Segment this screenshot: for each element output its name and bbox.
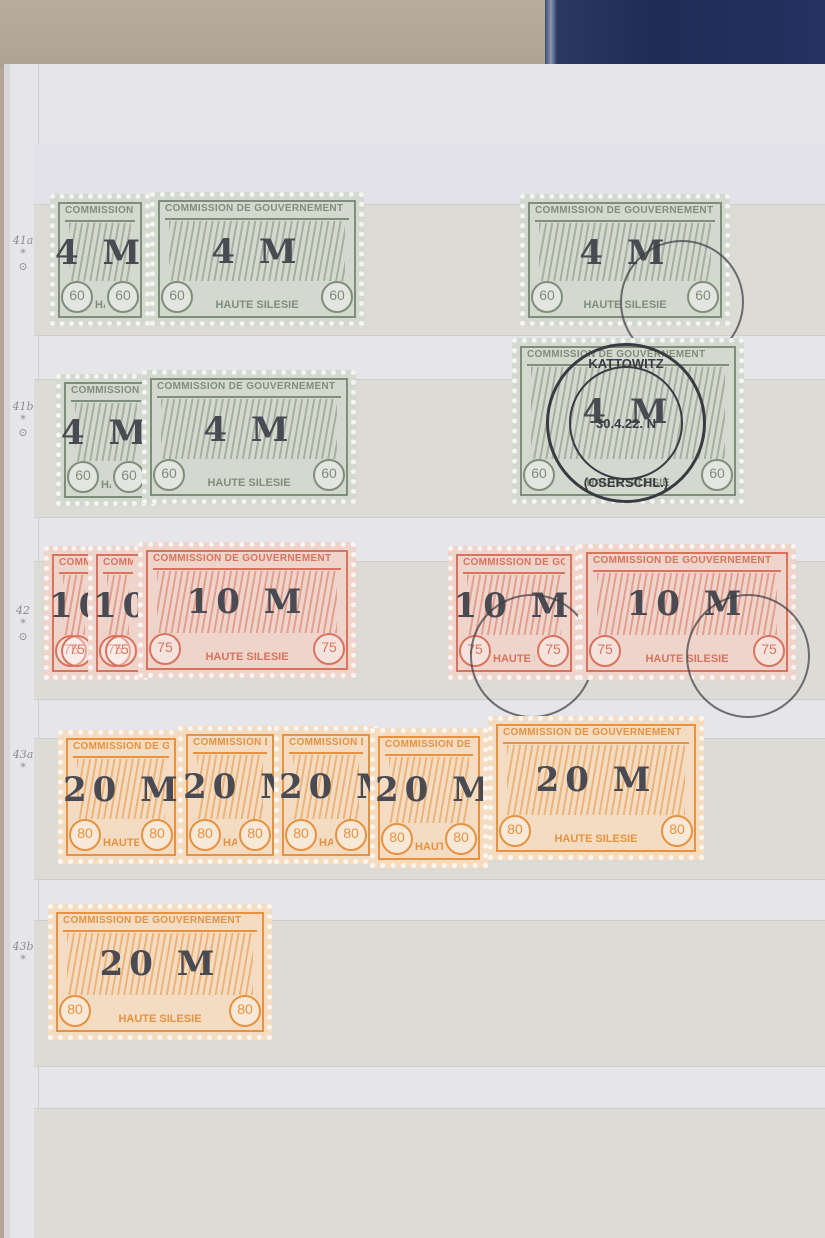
surcharge-overprint: 4 M	[147, 410, 351, 450]
stamp-banner: COMMISSION DE GOUVERNEMENT	[153, 553, 341, 570]
pencil-note: 43b *	[10, 940, 36, 966]
stamp-banner: COMMISSION DE GOUVERNEMENT	[103, 557, 133, 574]
stamp-banner: COMMISSION DE GOUVERNEMENT	[535, 205, 715, 222]
value-tablet-left: 80	[69, 819, 101, 851]
stamp-banner: COMMISSION DE GOUVERNEMENT	[385, 739, 473, 756]
stamp: COMMISSION DE GOUVERNEMENT6060HAUTE SILE…	[150, 192, 364, 326]
surcharge-overprint: 20 M	[375, 770, 483, 810]
value-tablet-right: 80	[239, 819, 271, 851]
used-mark: ⊙	[10, 260, 36, 273]
stamp-banner: COMMISSION DE GOUVERNEMENT	[289, 737, 363, 754]
used-mark: ⊙	[10, 630, 36, 643]
glassine-pocket-6	[34, 1108, 825, 1238]
postmark-town: KATTOWITZ	[549, 356, 703, 371]
stamp-banner: COMMISSION DE GOUVERNEMENT	[593, 555, 781, 572]
stamp-banner: COMMISSION DE GOUVERNEMENT	[193, 737, 267, 754]
stamp: COMMISSION DE GOUVERNEMENT8080HAUTE SILE…	[58, 730, 184, 864]
value-tablet-right: 75	[313, 633, 345, 665]
stamp-country: HAUTE SILESIE	[101, 479, 111, 491]
value-tablet-right: 75	[105, 635, 137, 667]
pencil-note: 43a *	[10, 748, 36, 774]
stamp-banner: COMMISSION DE GOUVERNEMENT	[503, 727, 689, 744]
stamp-banner: COMMISSION DE GOUVERNEMENT	[157, 381, 341, 398]
stamp-country: HAUTE SILESIE	[319, 837, 333, 849]
value-tablet-right: 60	[313, 459, 345, 491]
value-tablet-left: 75	[589, 635, 621, 667]
surcharge-overprint: 20 M	[183, 767, 277, 807]
value-tablet-left: 80	[189, 819, 221, 851]
value-tablet-left: 80	[499, 815, 531, 847]
stamp-country: HAUTE SILESIE	[223, 837, 237, 849]
mint-mark: *	[10, 953, 36, 966]
stamp-banner: COMMISSION DE GOUVERNEMENT	[63, 915, 257, 932]
stamp-country: HAUTE SILESIE	[95, 299, 105, 311]
value-tablet-left: 80	[59, 995, 91, 1027]
value-tablet-right: 60	[107, 281, 139, 313]
stamp: COMMISSION DE GOUVERNEMENT6060HAUTE SILE…	[50, 194, 150, 326]
surcharge-overprint: 20 M	[493, 760, 699, 800]
stamp-country: HAUTE SILESIE	[533, 833, 659, 845]
stockbook-page: 41a * ⊙ 41b * ⊙ 42 * ⊙ 43a * 43b * COMMI…	[4, 64, 825, 1238]
stamp-banner: COMMISSION DE GOUVERNEMENT	[463, 557, 565, 574]
surcharge-overprint: 4 M	[155, 232, 359, 272]
partial-postmark	[470, 594, 594, 718]
surcharge-overprint: 10 M	[143, 582, 351, 622]
table-surface	[0, 0, 545, 70]
postmark-date: 30.4.22. N	[549, 416, 703, 431]
surcharge-overprint: 20 M	[279, 767, 373, 807]
postmark-cancel: KATTOWITZ30.4.22. N(OSERSCHL.)	[546, 343, 706, 503]
value-tablet-left: 60	[531, 281, 563, 313]
stamp-banner: COMMISSION DE GOUVERNEMENT	[65, 205, 135, 222]
surcharge-overprint: 10 M	[93, 586, 143, 626]
value-tablet-right: 80	[661, 815, 693, 847]
catalog-number: 42	[10, 604, 36, 617]
mint-mark: *	[10, 617, 36, 630]
value-tablet-left: 60	[61, 281, 93, 313]
value-tablet-left: 80	[381, 823, 413, 855]
stamp: COMMISSION DE GOUVERNEMENT6060HAUTE SILE…	[142, 370, 356, 504]
value-tablet-left: 60	[161, 281, 193, 313]
pencil-note: 41a * ⊙	[10, 234, 36, 273]
partial-postmark	[686, 594, 810, 718]
catalog-number: 41b	[10, 400, 36, 413]
value-tablet-left: 80	[285, 819, 317, 851]
value-tablet-right: 80	[229, 995, 261, 1027]
stamp-banner: COMMISSION DE GOUVERNEMENT	[71, 385, 141, 402]
value-tablet-left: 75	[149, 633, 181, 665]
catalog-number: 41a	[10, 234, 36, 247]
stamp: COMMISSION DE GOUVERNEMENT8080HAUTE SILE…	[178, 726, 282, 864]
stamp-country: HAUTE SILESIE	[93, 1013, 227, 1025]
value-tablet-right: 80	[335, 819, 367, 851]
stamp: COMMISSION DE GOUVERNEMENT8080HAUTE SILE…	[370, 728, 488, 868]
postmark-region: (OSERSCHL.)	[549, 475, 703, 490]
stamp: COMMISSION DE GOUVERNEMENT8080HAUTE SILE…	[48, 904, 272, 1040]
stamp-country: HAUTE SILESIE	[187, 477, 311, 489]
surcharge-overprint: 4 M	[55, 233, 145, 273]
stockbook-cover	[545, 0, 825, 66]
stamp-country: HAUTE SILESIE	[415, 841, 443, 853]
mint-mark: *	[10, 413, 36, 426]
stamp-country: HAUTE SILESIE	[195, 299, 319, 311]
surcharge-overprint: 20 M	[53, 944, 267, 984]
value-tablet-right: 60	[113, 461, 145, 493]
value-tablet-left: 60	[153, 459, 185, 491]
surcharge-overprint: 4 M	[61, 413, 151, 453]
pencil-note: 41b * ⊙	[10, 400, 36, 439]
stamp: COMMISSION DE GOUVERNEMENT8080HAUTE SILE…	[274, 726, 378, 864]
stamp: COMMISSION DE GOUVERNEMENT8080HAUTE SILE…	[488, 716, 704, 860]
pencil-note: 42 * ⊙	[10, 604, 36, 643]
used-mark: ⊙	[10, 426, 36, 439]
value-tablet-right: 60	[701, 459, 733, 491]
catalog-number: 43b	[10, 940, 36, 953]
value-tablet-right: 60	[321, 281, 353, 313]
surcharge-overprint: 20 M	[63, 770, 179, 810]
stamp-banner: COMMISSION DE GOUVERNEMENT	[73, 741, 169, 758]
stamp: COMMISSION DE GOUVERNEMENT7575HAUTE SILE…	[138, 542, 356, 678]
stamp-country: HAUTE SILESIE	[103, 837, 139, 849]
catalog-number: 43a	[10, 748, 36, 761]
stamp-banner: COMMISSION DE GOUVERNEMENT	[59, 557, 89, 574]
value-tablet-right: 80	[445, 823, 477, 855]
stamp: COMMISSION DE GOUVERNEMENT6060HAUTE SILE…	[56, 374, 156, 506]
mint-mark: *	[10, 247, 36, 260]
value-tablet-left: 60	[67, 461, 99, 493]
mint-mark: *	[10, 761, 36, 774]
value-tablet-right: 80	[141, 819, 173, 851]
stamp-banner: COMMISSION DE GOUVERNEMENT	[165, 203, 349, 220]
stamp-country: HAUTE SILESIE	[183, 651, 311, 663]
